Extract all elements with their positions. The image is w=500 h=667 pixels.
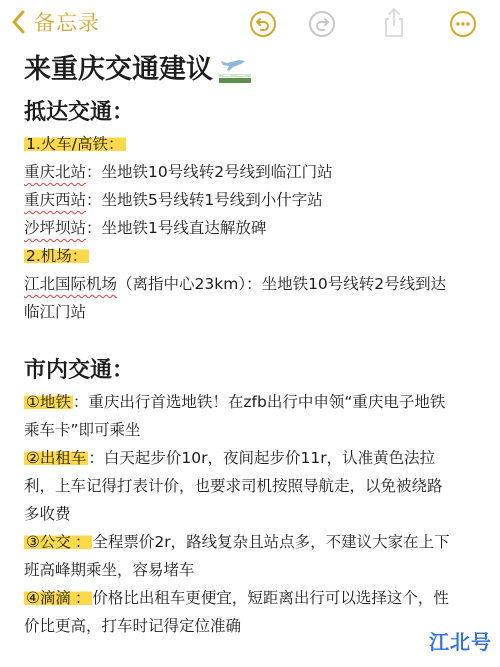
section-heading-city: 市内交通： — [24, 354, 484, 388]
note-body[interactable]: 来重庆交通建议 抵达交通： 1.火车/高铁： 重庆北站：坐地铁10号线转2号线到… — [24, 50, 484, 640]
list-item: ①地铁：重庆出行首选地铁！在zfb出行中申领“重庆电子地铁 — [24, 388, 484, 416]
section-heading-arrival: 抵达交通： — [24, 96, 484, 130]
back-button[interactable]: 备忘录 — [10, 7, 100, 37]
undo-icon[interactable] — [249, 10, 277, 38]
subheading-airport: 2.机场： — [24, 247, 89, 265]
list-item: 重庆西站：坐地铁5号线转1号线到小什字站 — [24, 186, 484, 214]
chevron-left-icon — [10, 9, 28, 35]
top-toolbar: 备忘录 — [0, 0, 500, 46]
list-item: ④滴滴：价格比出租车更便宜，短距离出行可以选择这个，性 — [24, 584, 484, 612]
note-title: 来重庆交通建议 — [24, 50, 484, 90]
more-icon[interactable] — [449, 10, 477, 38]
list-item: ③公交：全程票价2r，路线复杂且站点多，不建议大家在上下 — [24, 528, 484, 556]
airplane-arrival-icon — [217, 55, 253, 85]
list-item-cont: 价比更高，打车时记得定位准确 — [24, 612, 484, 640]
list-item-cont: 多收费 — [24, 500, 484, 528]
back-label: 备忘录 — [34, 7, 100, 37]
watermark: 江北号 — [429, 626, 492, 655]
list-item-cont: 利，上车记得打表计价，也要求司机按照导航走，以免被绕路 — [24, 472, 484, 500]
list-item: 江北国际机场（离指中心23km）：坐地铁10号线转2号线到达 — [24, 270, 484, 298]
list-item-cont: 班高峰期乘坐，容易堵车 — [24, 556, 484, 584]
share-icon[interactable] — [380, 6, 408, 34]
list-item: ②出租车：白天起步价10r，夜间起步价11r，认准黄色法拉 — [24, 444, 484, 472]
redo-icon[interactable] — [308, 10, 336, 38]
list-item: 重庆北站：坐地铁10号线转2号线到临江门站 — [24, 158, 484, 186]
subheading-train: 1.火车/高铁： — [24, 135, 126, 153]
list-item-cont: 乘车卡”即可乘坐 — [24, 416, 484, 444]
list-item: 沙坪坝站：坐地铁1号线直达解放碑 — [24, 214, 484, 242]
list-item-cont: 临江门站 — [24, 298, 484, 326]
